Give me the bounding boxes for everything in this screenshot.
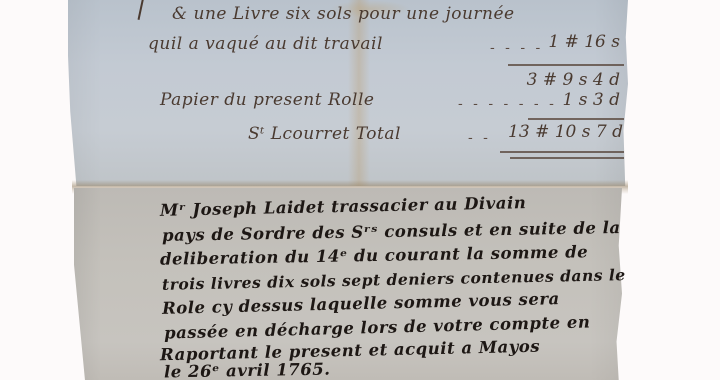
amount-subtotal: 3 # 9 s 4 d [520, 70, 620, 90]
total-rule-bottom-2 [510, 157, 624, 159]
upper-line-3: Papier du present Rolle [160, 90, 374, 110]
total-rule-top [528, 118, 624, 120]
upper-line-4-dashes: - - [468, 130, 491, 146]
upper-line-2-dashes: - - - - [490, 40, 543, 56]
total-rule-bottom-1 [500, 151, 624, 153]
subtotal-rule [508, 64, 624, 66]
upper-line-1: & une Livre six sols pour une journée [172, 4, 515, 24]
amount-journee: 1 # 16 s [540, 32, 620, 52]
amount-total: 13 # 10 s 7 d [505, 122, 623, 142]
upper-line-4: Sᵗ Lcourret Total [248, 124, 401, 144]
document-photo: & une Livre six sols pour une journée qu… [0, 0, 720, 380]
upper-line-2: quil a vaqué au dit travail [148, 34, 383, 54]
amount-papier: 1 s 3 d [540, 90, 620, 110]
lower-line-date: le 26ᵉ avril 1765. [164, 360, 331, 380]
